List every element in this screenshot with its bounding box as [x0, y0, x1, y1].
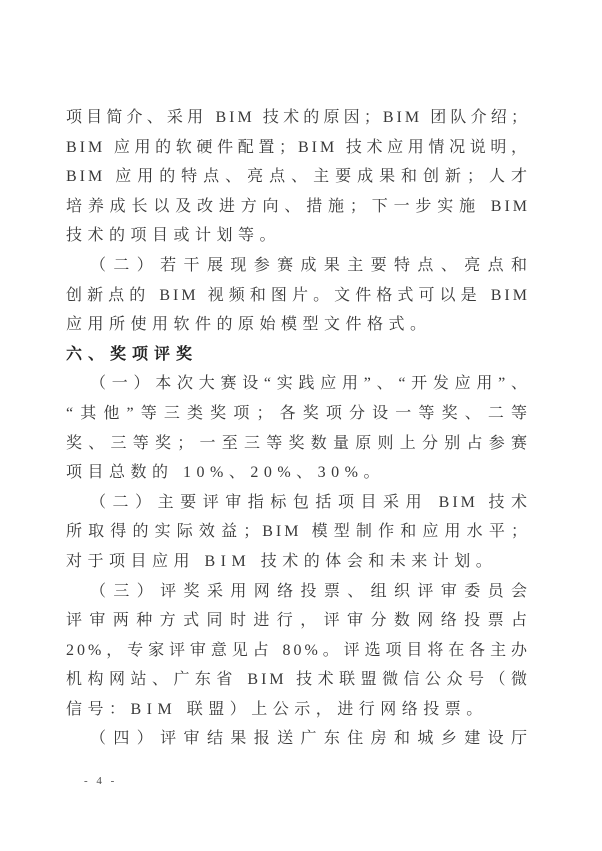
text-line: 项目总数的 10%、20%、30%。 [66, 458, 530, 488]
section-heading: 六、奖项评奖 [66, 340, 530, 370]
text-line: 对于项目应用 BIM 技术的体会和未来计划。 [66, 547, 530, 577]
text-line: （三）评奖采用网络投票、组织评审委员会 [66, 577, 530, 607]
text-line: BIM 应用的特点、亮点、主要成果和创新；人才 [66, 162, 530, 192]
text-line: （二）主要评审指标包括项目采用 BIM 技术 [66, 488, 530, 518]
text-line: 技术的项目或计划等。 [66, 221, 530, 251]
text-line: 信号：BIM 联盟）上公示，进行网络投票。 [66, 695, 530, 725]
text-line: 所取得的实际效益；BIM 模型制作和应用水平； [66, 517, 530, 547]
text-line: （二）若干展现参赛成果主要特点、亮点和 [66, 251, 530, 281]
text-line: 应用所使用软件的原始模型文件格式。 [66, 310, 530, 340]
text-line: 项目简介、采用 BIM 技术的原因；BIM 团队介绍； [66, 103, 530, 133]
text-line: 评审两种方式同时进行，评审分数网络投票占 [66, 606, 530, 636]
text-line: 培养成长以及改进方向、措施；下一步实施 BIM [66, 192, 530, 222]
text-line: 创新点的 BIM 视频和图片。文件格式可以是 BIM [66, 281, 530, 311]
text-line: “其他”等三类奖项；各奖项分设一等奖、二等 [66, 399, 530, 429]
text-line: （四）评审结果报送广东住房和城乡建设厅 [66, 724, 530, 754]
document-text-block: 项目简介、采用 BIM 技术的原因；BIM 团队介绍；BIM 应用的软硬件配置；… [66, 103, 530, 754]
text-line: 机构网站、广东省 BIM 技术联盟微信公众号（微 [66, 665, 530, 695]
text-line: 奖、三等奖；一至三等奖数量原则上分别占参赛 [66, 429, 530, 459]
text-line: 20%，专家评审意见占 80%。评选项目将在各主办 [66, 636, 530, 666]
text-line: （一）本次大赛设“实践应用”、“开发应用”、 [66, 369, 530, 399]
page-number: - 4 - [84, 772, 117, 790]
text-line: BIM 应用的软硬件配置；BIM 技术应用情况说明， [66, 133, 530, 163]
document-page: 项目简介、采用 BIM 技术的原因；BIM 团队介绍；BIM 应用的软硬件配置；… [0, 0, 602, 851]
